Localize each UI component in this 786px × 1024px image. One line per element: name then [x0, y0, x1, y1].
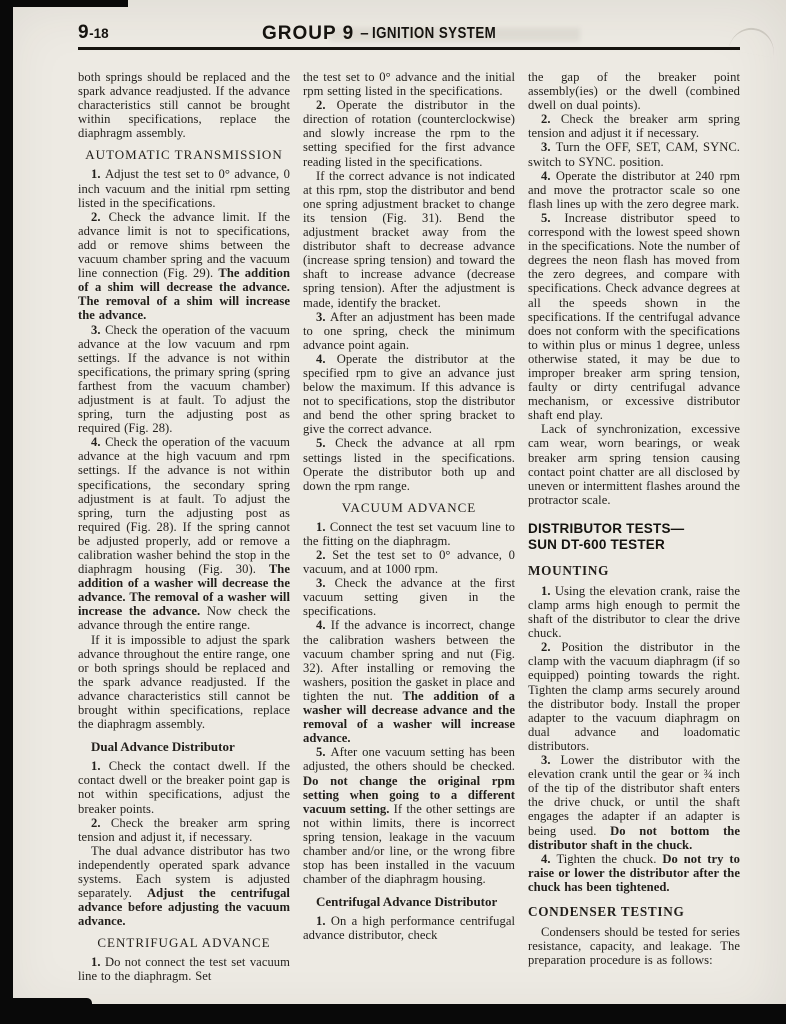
- bold-text: 2.: [316, 548, 332, 562]
- body-text: the gap of the breaker point assembly(ie…: [528, 70, 740, 112]
- subsection-heading: Centrifugal Advance Distributor: [303, 894, 515, 910]
- body-paragraph: 2. Position the distributor in the clamp…: [528, 640, 740, 753]
- bold-text: 5.: [316, 745, 330, 759]
- bold-text: 2.: [541, 640, 561, 654]
- page-title-dash: –: [360, 25, 368, 42]
- section-heading: VACUUM ADVANCE: [303, 500, 515, 516]
- bold-text: 5.: [316, 436, 335, 450]
- scan-edge-bottom: [0, 1004, 786, 1024]
- bold-text: 4.: [541, 169, 556, 183]
- body-text: Condensers should be tested for series r…: [528, 925, 740, 967]
- body-paragraph: 2. Check the breaker arm spring tension …: [528, 112, 740, 140]
- body-paragraph: 4. If the advance is incorrect, change t…: [303, 618, 515, 745]
- body-text: Turn the OFF, SET, CAM, SYNC. switch to …: [528, 140, 740, 168]
- body-text: If it is impossible to adjust the spark …: [78, 633, 290, 732]
- body-paragraph: Condensers should be tested for series r…: [528, 925, 740, 967]
- body-text: After an adjustment has been made to one…: [303, 310, 515, 352]
- header-rule: [78, 47, 740, 50]
- body-text: Increase distributor speed to correspond…: [528, 211, 740, 422]
- body-paragraph: 3. Check the operation of the vacuum adv…: [78, 323, 290, 436]
- body-paragraph: 4. Operate the distributor at 240 rpm an…: [528, 169, 740, 211]
- body-paragraph: 1. On a high performance centrifugal adv…: [303, 914, 515, 942]
- body-text: Check the operation of the vacuum advanc…: [78, 323, 290, 436]
- bold-text: 1.: [316, 520, 330, 534]
- bold-text: 1.: [91, 167, 105, 181]
- body-paragraph: If the correct advance is not indicated …: [303, 169, 515, 310]
- bold-text: 1.: [541, 584, 555, 598]
- body-text: Check the contact dwell. If the contact …: [78, 759, 290, 815]
- bold-text: 1.: [316, 914, 331, 928]
- columns: both springs should be replaced and the …: [78, 70, 740, 998]
- body-text: both springs should be replaced and the …: [78, 70, 290, 140]
- body-text: After one vacuum setting has been adjust…: [303, 745, 515, 773]
- bold-text: 4.: [316, 618, 331, 632]
- bold-text: 3.: [91, 323, 105, 337]
- column-middle: the test set to 0° advance and the initi…: [303, 70, 515, 998]
- body-paragraph: both springs should be replaced and the …: [78, 70, 290, 140]
- page-title-section: IGNITION SYSTEM: [372, 25, 496, 43]
- bold-text: 2.: [91, 816, 111, 830]
- body-text: Adjust the test set to 0° advance, 0 inc…: [78, 167, 290, 209]
- body-paragraph: 2. Check the breaker arm spring tension …: [78, 816, 290, 844]
- bold-text: 3.: [316, 310, 330, 324]
- scan-edge-left: [0, 0, 13, 1024]
- body-text: Check the operation of the vacuum advanc…: [78, 435, 290, 576]
- bold-text: 2.: [316, 98, 337, 112]
- bold-text: 3.: [541, 753, 560, 767]
- body-text: On a high performance centrifugal advanc…: [303, 914, 515, 942]
- bold-text: 3.: [541, 140, 556, 154]
- bold-text: 4.: [91, 435, 105, 449]
- body-text: Set the test set to 0° advance, 0 vacuum…: [303, 548, 515, 576]
- bold-text: 1.: [91, 955, 105, 969]
- bold-text: 5.: [541, 211, 564, 225]
- body-paragraph: 5. After one vacuum setting has been adj…: [303, 745, 515, 886]
- section-heading: AUTOMATIC TRANSMISSION: [78, 147, 290, 163]
- page-header: 9-18 GROUP 9–IGNITION SYSTEM: [78, 22, 740, 46]
- column-left: both springs should be replaced and the …: [78, 70, 290, 998]
- column-right: the gap of the breaker point assembly(ie…: [528, 70, 740, 998]
- body-text: Using the elevation crank, raise the cla…: [528, 584, 740, 640]
- body-paragraph: 3. Check the advance at the first vacuum…: [303, 576, 515, 618]
- body-text: Check the advance at all rpm settings li…: [303, 436, 515, 492]
- body-paragraph: 3. After an adjustment has been made to …: [303, 310, 515, 352]
- body-paragraph: 3. Lower the distributor with the elevat…: [528, 753, 740, 852]
- page-title: GROUP 9–IGNITION SYSTEM: [78, 23, 700, 45]
- body-paragraph: 1. Do not connect the test set vacuum li…: [78, 955, 290, 983]
- bold-text: 2.: [541, 112, 561, 126]
- body-paragraph: the test set to 0° advance and the initi…: [303, 70, 515, 98]
- subsection-heading: Dual Advance Distributor: [78, 739, 290, 755]
- bold-text: 1.: [91, 759, 109, 773]
- bold-text: 4.: [316, 352, 337, 366]
- body-text: Connect the test set vacuum line to the …: [303, 520, 515, 548]
- body-paragraph: 3. Turn the OFF, SET, CAM, SYNC. switch …: [528, 140, 740, 168]
- body-paragraph: 1. Adjust the test set to 0° advance, 0 …: [78, 167, 290, 209]
- body-paragraph: the gap of the breaker point assembly(ie…: [528, 70, 740, 112]
- bold-text: 4.: [541, 852, 556, 866]
- body-text: Position the distributor in the clamp wi…: [528, 640, 740, 753]
- scan-edge-top: [0, 0, 128, 7]
- subsection-heading: MOUNTING: [528, 563, 740, 579]
- bold-text: 3.: [316, 576, 335, 590]
- manual-page: 9-18 GROUP 9–IGNITION SYSTEM both spring…: [0, 0, 786, 1024]
- body-paragraph: 4. Operate the distributor at the specif…: [303, 352, 515, 437]
- body-text: Lack of synchronization, excessive cam w…: [528, 422, 740, 506]
- section-heading: CENTRIFUGAL ADVANCE: [78, 935, 290, 951]
- body-text: Tighten the chuck.: [556, 852, 662, 866]
- body-paragraph: 2. Operate the distributor in the direct…: [303, 98, 515, 168]
- page-title-group: GROUP 9: [262, 23, 354, 44]
- body-paragraph: 2. Check the advance limit. If the advan…: [78, 210, 290, 323]
- body-paragraph: 1. Check the contact dwell. If the conta…: [78, 759, 290, 815]
- body-paragraph: The dual advance distributor has two ind…: [78, 844, 290, 929]
- body-paragraph: 5. Check the advance at all rpm settings…: [303, 436, 515, 492]
- bold-text: 2.: [91, 210, 109, 224]
- major-heading: DISTRIBUTOR TESTS—SUN DT-600 TESTER: [528, 521, 740, 553]
- body-paragraph: Lack of synchronization, excessive cam w…: [528, 422, 740, 507]
- body-text: Check the advance at the first vacuum se…: [303, 576, 515, 618]
- body-paragraph: 4. Check the operation of the vacuum adv…: [78, 435, 290, 632]
- body-paragraph: 1. Connect the test set vacuum line to t…: [303, 520, 515, 548]
- body-text: Operate the distributor at 240 rpm and m…: [528, 169, 740, 211]
- body-paragraph: 2. Set the test set to 0° advance, 0 vac…: [303, 548, 515, 576]
- body-paragraph: 5. Increase distributor speed to corresp…: [528, 211, 740, 422]
- body-paragraph: If it is impossible to adjust the spark …: [78, 633, 290, 732]
- body-text: If the correct advance is not indicated …: [303, 169, 515, 310]
- subsection-heading: CONDENSER TESTING: [528, 904, 740, 920]
- body-paragraph: 1. Using the elevation crank, raise the …: [528, 584, 740, 640]
- body-paragraph: 4. Tighten the chuck. Do not try to rais…: [528, 852, 740, 894]
- body-text: the test set to 0° advance and the initi…: [303, 70, 515, 98]
- body-text: Do not connect the test set vacuum line …: [78, 955, 290, 983]
- major-heading-line: DISTRIBUTOR TESTS—: [528, 521, 740, 537]
- major-heading-line: SUN DT-600 TESTER: [528, 537, 740, 553]
